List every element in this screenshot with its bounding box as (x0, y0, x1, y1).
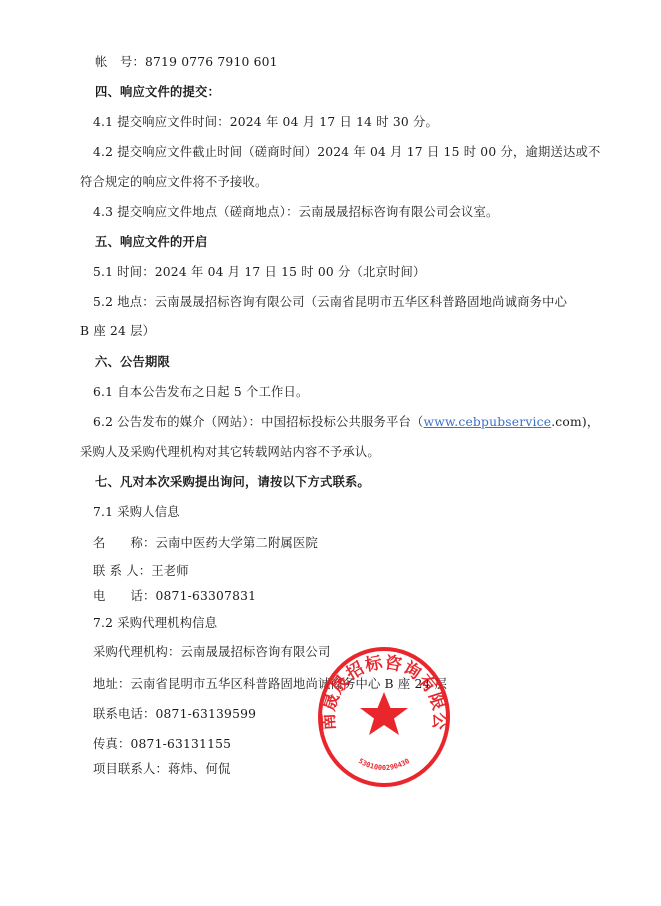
item-6-1: 6.1 自本公告发布之日起 5 个工作日。 (93, 384, 308, 400)
section-5-heading: 五、响应文件的开启 (95, 234, 207, 250)
section-4-heading: 四、响应文件的提交： (95, 84, 220, 100)
agency-phone-value: 0871-63139599 (156, 707, 257, 721)
account-label: 帐 号： (95, 55, 145, 69)
purchaser-name-label: 名 称： (93, 536, 156, 550)
agency-fax-value: 0871-63131155 (131, 737, 232, 751)
agency-org-label: 采购代理机构： (93, 645, 180, 659)
item-4-3: 4.3 提交响应文件地点（磋商地点）：云南晟晟招标咨询有限公司会议室。 (93, 204, 499, 220)
agency-project-contact-value: 蒋炜、何侃 (168, 762, 231, 776)
item-4-2-continuation: 符合规定的响应文件将不予接收。 (80, 174, 267, 190)
item-5-2-continuation: B 座 24 层） (80, 323, 155, 339)
seal-code-text: 5301000290430 (357, 757, 411, 772)
item-4-1: 4.1 提交响应文件时间：2024 年 04 月 17 日 14 时 30 分。 (93, 114, 438, 130)
agency-address-label: 地址： (93, 677, 131, 691)
agency-phone-line: 联系电话：0871-63139599 (93, 706, 256, 722)
item-5-2: 5.2 地点：云南晟晟招标咨询有限公司（云南省昆明市五华区科普路固地尚诚商务中心 (93, 294, 567, 310)
account-line: 帐 号：8719 0776 7910 601 (95, 54, 278, 70)
agency-address-line: 地址：云南省昆明市五华区科普路固地尚诚商务中心 B 座 24 层 (93, 676, 447, 692)
purchaser-contact-value: 王老师 (151, 564, 189, 578)
star-icon (360, 692, 408, 735)
purchaser-contact-label: 联 系 人： (93, 564, 151, 578)
purchaser-name-value: 云南中医药大学第二附属医院 (156, 536, 318, 550)
purchaser-phone-value: 0871-63307831 (156, 589, 257, 603)
agency-org-value: 云南晟晟招标咨询有限公司 (180, 645, 330, 659)
agency-project-contact-label: 项目联系人： (93, 762, 168, 776)
item-6-2-continuation: 采购人及采购代理机构对其它转载网站内容不予承认。 (80, 444, 380, 460)
document-page: 帐 号：8719 0776 7910 601 四、响应文件的提交： 4.1 提交… (0, 0, 661, 906)
agency-project-contact-line: 项目联系人：蒋炜、何侃 (93, 761, 230, 777)
item-5-1: 5.1 时间：2024 年 04 月 17 日 15 时 00 分（北京时间） (93, 264, 426, 280)
item-4-2: 4.2 提交响应文件截止时间（磋商时间）2024 年 04 月 17 日 15 … (93, 144, 600, 160)
item-6-2: 6.2 公告发布的媒介（网站）：中国招标投标公共服务平台（www.cebpubs… (93, 414, 599, 430)
item-6-2-text-after: .com)， (551, 415, 599, 429)
agency-fax-label: 传真： (93, 737, 131, 751)
seal-ring (320, 649, 448, 785)
section-6-heading: 六、公告期限 (95, 354, 170, 370)
section-7-heading: 七、凡对本次采购提出询问，请按以下方式联系。 (95, 474, 370, 490)
purchaser-info-title: 7.1 采购人信息 (93, 504, 180, 520)
company-seal: 云南晟晟招标咨询有限公司 5301000290430 (316, 646, 452, 788)
purchaser-name-line: 名 称：云南中医药大学第二附属医院 (93, 535, 318, 551)
account-value: 8719 0776 7910 601 (145, 55, 278, 69)
agency-phone-label: 联系电话： (93, 707, 156, 721)
purchaser-contact-line: 联 系 人：王老师 (93, 563, 189, 579)
agency-info-title: 7.2 采购代理机构信息 (93, 615, 217, 631)
agency-fax-line: 传真：0871-63131155 (93, 736, 231, 752)
cebpubservice-link[interactable]: www.cebpubservice (424, 415, 552, 429)
agency-address-value: 云南省昆明市五华区科普路固地尚诚商务中心 B 座 24 层 (131, 677, 448, 691)
purchaser-phone-line: 电 话：0871-63307831 (93, 588, 256, 604)
item-6-2-text-before: 6.2 公告发布的媒介（网站）：中国招标投标公共服务平台（ (93, 415, 424, 429)
agency-org-line: 采购代理机构：云南晟晟招标咨询有限公司 (93, 644, 330, 660)
purchaser-phone-label: 电 话： (93, 589, 156, 603)
